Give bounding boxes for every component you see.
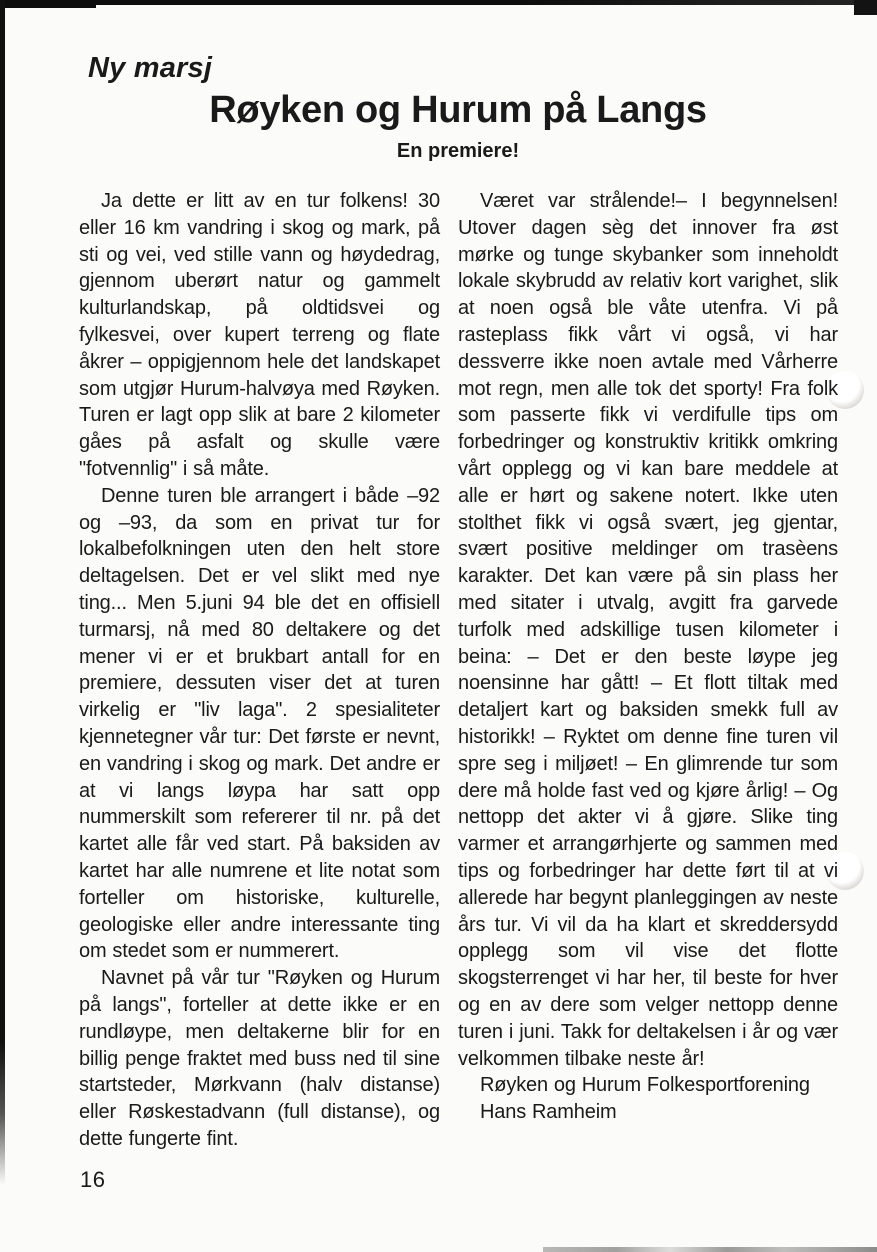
- bottom-right-edge-mark: [543, 1247, 877, 1252]
- page-number: 16: [80, 1167, 105, 1193]
- top-edge-rule: [0, 0, 877, 5]
- top-right-corner-mark: [854, 0, 877, 15]
- top-edge-rule-left-cap: [0, 0, 96, 8]
- paragraph: Denne turen ble arrangert i både –92 og …: [79, 483, 440, 965]
- left-edge-rule: [0, 0, 5, 1185]
- paragraph: Ja dette er litt av en tur folkens! 30 e…: [79, 188, 440, 483]
- article-body: Ja dette er litt av en tur folkens! 30 e…: [79, 188, 838, 1153]
- article-kicker: Ny marsj: [88, 52, 212, 85]
- article-title: Røyken og Hurum på Langs: [78, 89, 838, 132]
- paragraph: Været var strålende!– I begynnelsen! Uto…: [458, 188, 838, 1072]
- article-subtitle: En premiere!: [78, 140, 838, 163]
- signature-name: Hans Ramheim: [458, 1099, 838, 1126]
- left-column: Ja dette er litt av en tur folkens! 30 e…: [79, 188, 440, 1153]
- signature-organization: Røyken og Hurum Folkesportforening: [458, 1072, 838, 1099]
- right-column: Været var strålende!– I begynnelsen! Uto…: [458, 188, 838, 1153]
- paragraph: Navnet på vår tur "Røyken og Hurum på la…: [79, 965, 440, 1153]
